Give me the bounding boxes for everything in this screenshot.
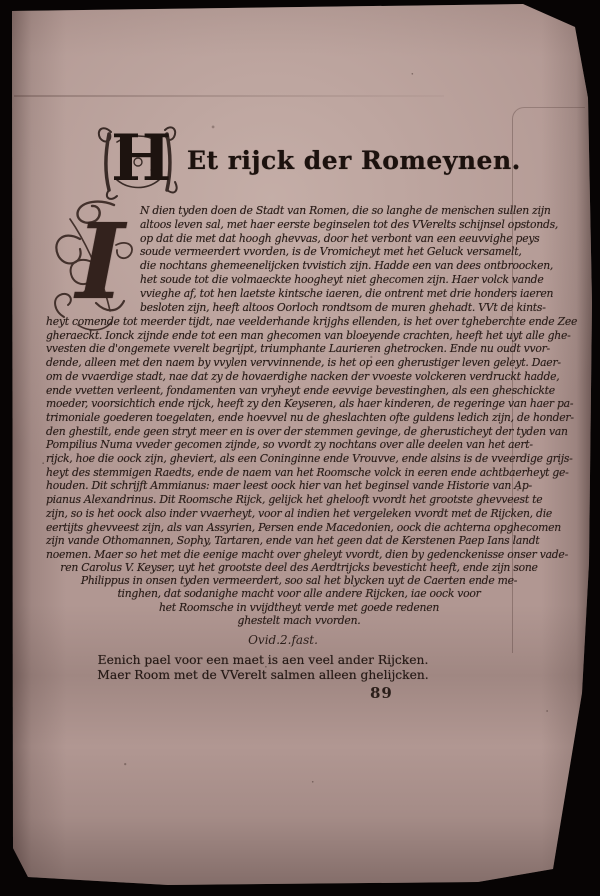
verse-line: Eenich pael voor een maet is aen veel an… [28,653,498,668]
paragraph-line: heyt comende tot meerder tijdt, nae veel… [46,315,552,329]
paper-crease [14,95,444,97]
paragraph-line: soude vermeerdert vvorden, is de Vromich… [140,245,552,259]
paragraph-line: zijn vande Othomannen, Sophy, Tartaren, … [46,534,552,548]
paragraph-indented-lines: N dien tyden doen de Stadt van Romen, di… [140,204,552,314]
paragraph-line: ghestelt mach vvorden. [46,614,552,627]
paragraph-line: het Roomsche in vvijdtheyt verde met goe… [46,601,552,614]
paragraph-line: het soude tot die volmaeckte hoogheyt ni… [140,273,552,287]
page-number: 89 [370,684,393,702]
paragraph-line: op dat die met dat hoogh ghevvas, door h… [140,232,552,246]
paragraph-line: heyt des stemmigen Raedts, ende de naem … [46,466,552,480]
page-title: Et rijck der Romeynen. [187,146,521,175]
paragraph-line: eertijts ghevveest zijn, als van Assyrie… [46,521,552,535]
paragraph-line: die nochtans ghemeenelijcken tvvistich z… [140,259,552,273]
paragraph-line: besloten zijn, heeft altoos Oorloch rond… [140,301,552,315]
citation-ovid: Ovid.2.fast. [28,633,538,647]
paragraph-line: om de vvaerdige stadt, nae dat zy de hov… [46,370,552,384]
paragraph-line: altoos leven sal, met haer eerste begins… [140,218,552,232]
paragraph-line: Pompilius Numa vveder gecomen zijnde, so… [46,438,552,452]
paragraph-line: ende vvetten verleent, fondamenten van v… [46,384,552,398]
paragraph-line: tinghen, dat sodanighe macht voor alle a… [46,587,552,600]
paragraph-line: noemen. Maer so het met die eenige macht… [46,548,552,562]
drop-cap-letter: I [76,193,125,331]
paragraph-full-lines: heyt comende tot meerder tijdt, nae veel… [46,315,552,562]
verse-line: Maer Room met de VVerelt salmen alleen g… [28,668,498,683]
paragraph-line: N dien tyden doen de Stadt van Romen, di… [140,204,552,218]
paragraph-line: rijck, hoe die oock zijn, gheviert, als … [46,452,552,466]
paragraph-line: houden. Dit schrijft Ammianus: maer lees… [46,479,552,493]
paragraph-line: dende, alleen met den naem by vvylen ver… [46,356,552,370]
paragraph-line: ren Carolus V. Keyser, uyt het grootste … [46,561,552,574]
paragraph-line: pianus Alexandrinus. Dit Roomsche Rijck,… [46,493,552,507]
paragraph-line: trimoniale goederen toegelaten, ende hoe… [46,411,552,425]
paragraph-line: den ghestilt, ende geen stryt meer en is… [46,425,552,439]
paragraph-line: zijn, so is het oock also inder vvaerhey… [46,507,552,521]
paragraph-line: gheraeckt. Ionck zijnde ende tot een man… [46,329,552,343]
paragraph-line: vvesten die d'ongemete vverelt begrijpt,… [46,342,552,356]
title-initial-letter: H [111,118,171,200]
paragraph-line: vvieghe af, tot hen laetste kintsche iae… [140,287,552,301]
woodcut-initial-h: H [95,120,181,202]
paragraph-line: Philippus in onsen tyden vermeerdert, so… [46,574,552,587]
verse-couplet: Eenich pael voor een maet is aen veel an… [28,653,498,683]
paragraph-line: moeder, voorsichtich ende rijck, heeft z… [46,397,552,411]
book-page: H Et rijck der Romeynen. I N dien tyden … [8,3,594,888]
paragraph-taper-lines: ren Carolus V. Keyser, uyt het grootste … [46,561,552,627]
